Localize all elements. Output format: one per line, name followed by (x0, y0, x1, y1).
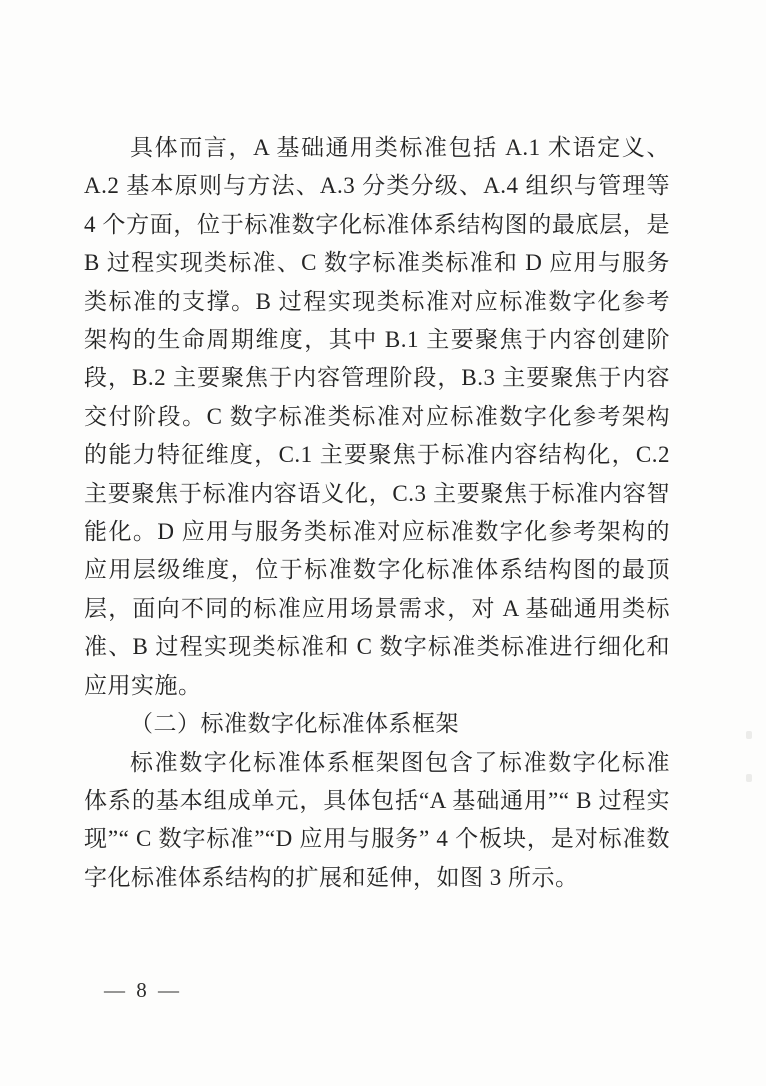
page-number: — 8 — (104, 976, 182, 1004)
body-paragraph-2: 标准数字化标准体系框架图包含了标准数字化标准体系的基本组成单元，具体包括“A 基… (84, 744, 670, 898)
document-body: 具体而言，A 基础通用类标准包括 A.1 术语定义、A.2 基本原则与方法、A.… (84, 129, 670, 897)
document-page: 具体而言，A 基础通用类标准包括 A.1 术语定义、A.2 基本原则与方法、A.… (0, 0, 766, 1086)
scan-artifact (746, 774, 752, 782)
scan-artifact (746, 731, 752, 739)
section-heading: （二）标准数字化标准体系框架 (84, 705, 670, 743)
body-paragraph-1: 具体而言，A 基础通用类标准包括 A.1 术语定义、A.2 基本原则与方法、A.… (84, 129, 670, 705)
